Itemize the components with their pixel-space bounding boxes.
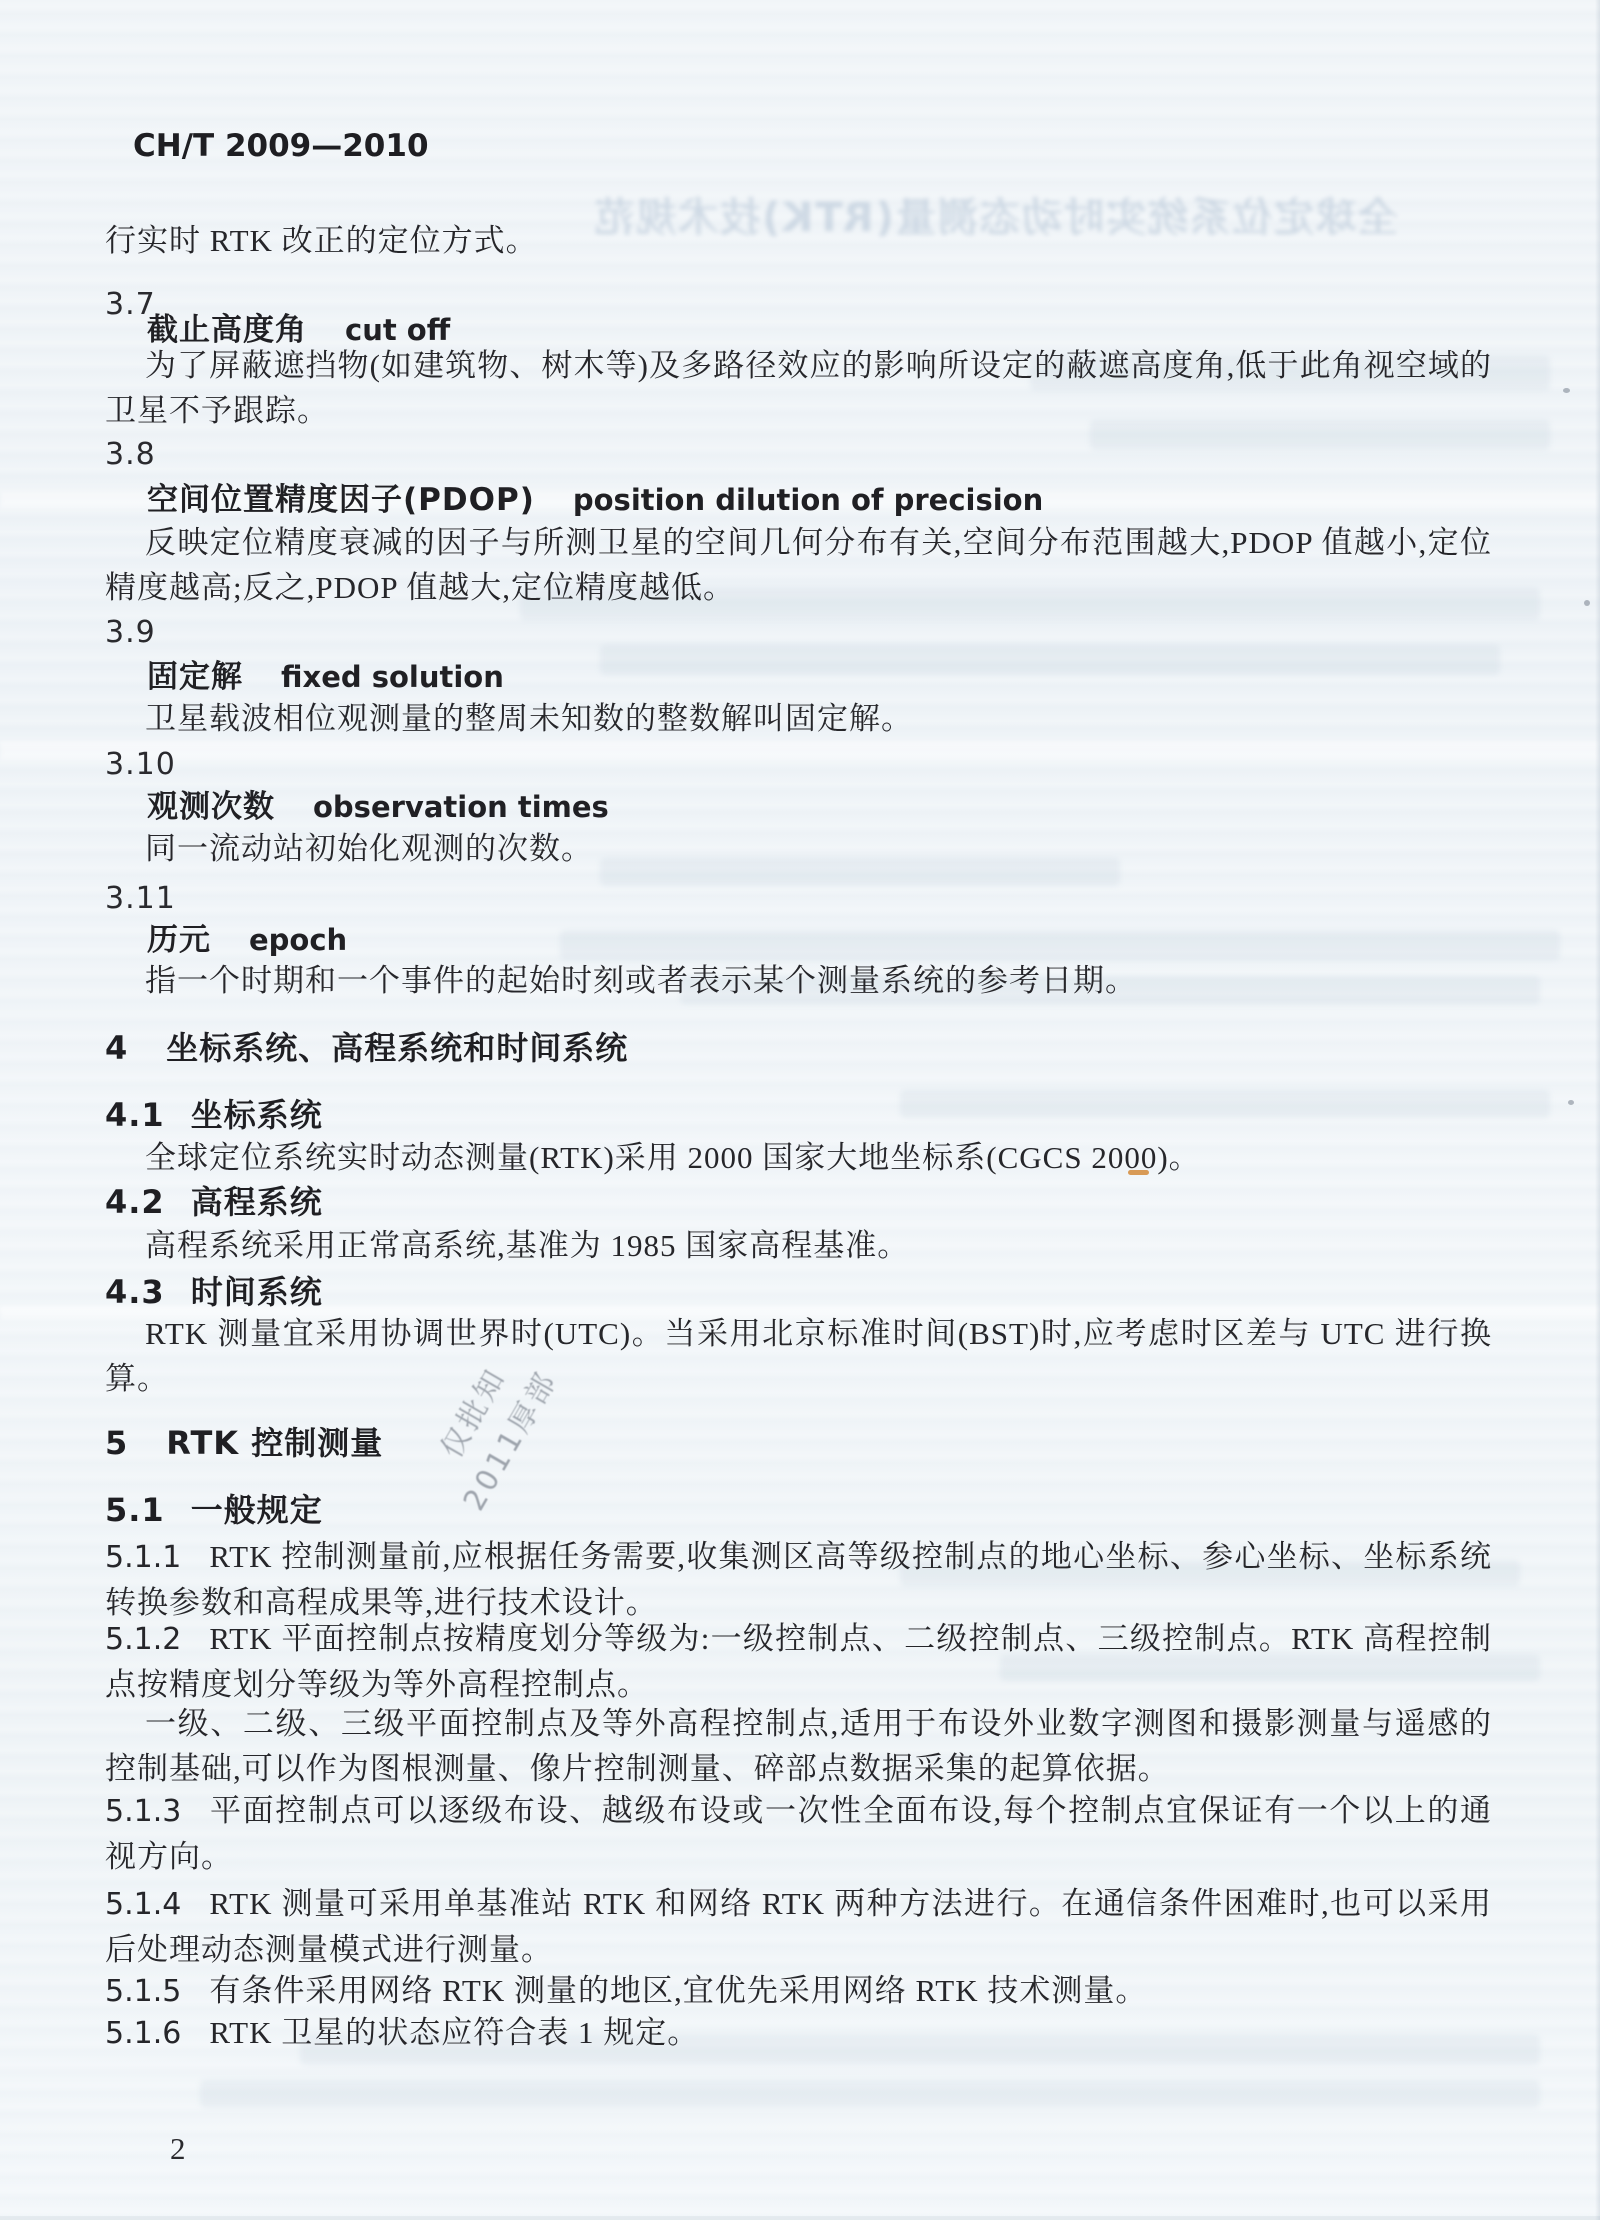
definition-paragraph: 卫星载波相位观测量的整周未知数的整数解叫固定解。 bbox=[105, 696, 1492, 741]
chapter-title: RTK 控制测量 bbox=[166, 1424, 383, 1462]
clause-number: 5.1.6 bbox=[105, 2016, 181, 2051]
red-underline-mark bbox=[1128, 1170, 1149, 1175]
section-number: 4.1 bbox=[105, 1096, 165, 1134]
clause-paragraph: 5.1.2RTK 平面控制点按精度划分等级为:一级控制点、二级控制点、三级控制点… bbox=[105, 1616, 1492, 1707]
definition-paragraph: 反映定位精度衰减的因子与所测卫星的空间几何分布有关,空间分布范围越大,PDOP … bbox=[105, 520, 1492, 610]
body-paragraph: 一级、二级、三级平面控制点及等外高程控制点,适用于布设外业数字测图和摄影测量与遥… bbox=[105, 1701, 1492, 1791]
section-number: 4.3 bbox=[105, 1273, 165, 1311]
scan-speck bbox=[1568, 1100, 1574, 1105]
section-number: 5.1 bbox=[105, 1491, 165, 1529]
clause-text: RTK 测量可采用单基准站 RTK 和网络 RTK 两种方法进行。在通信条件困难… bbox=[105, 1886, 1492, 1967]
section-title: 一般规定 bbox=[191, 1491, 323, 1529]
term-line: 固定解fixed solution bbox=[105, 655, 1534, 700]
clause-number: 5.1.3 bbox=[105, 1794, 181, 1829]
clause-number: 3.8 bbox=[105, 432, 1492, 477]
clause-text: 平面控制点可以逐级布设、越级布设或一次性全面布设,每个控制点宜保证有一个以上的通… bbox=[105, 1793, 1492, 1874]
clause-number: 5.1.5 bbox=[105, 1974, 181, 2009]
section-heading: 4.1坐标系统 bbox=[105, 1093, 1492, 1138]
clause-text: RTK 卫星的状态应符合表 1 规定。 bbox=[209, 2015, 699, 2050]
term-line: 观测次数observation times bbox=[105, 785, 1534, 830]
scan-speck bbox=[1563, 388, 1570, 393]
term-en: position dilution of precision bbox=[573, 483, 1043, 517]
scan-edge bbox=[1595, 0, 1600, 2220]
term-en: observation times bbox=[313, 790, 609, 824]
clause-paragraph: 5.1.3平面控制点可以逐级布设、越级布设或一次性全面布设,每个控制点宜保证有一… bbox=[105, 1788, 1492, 1879]
term-cn: 空间位置精度因子(PDOP) bbox=[147, 482, 535, 518]
term-cn: 固定解 bbox=[147, 659, 243, 695]
chapter-number: 5 bbox=[105, 1424, 128, 1462]
chapter-heading: 5RTK 控制测量 bbox=[105, 1421, 1492, 1466]
body-paragraph: RTK 测量宜采用协调世界时(UTC)。当采用北京标准时间(BST)时,应考虑时… bbox=[105, 1311, 1492, 1401]
section-number: 4.2 bbox=[105, 1183, 165, 1221]
bleedthrough-line bbox=[200, 2080, 1540, 2108]
clause-number: 3.11 bbox=[105, 876, 1492, 921]
body-paragraph: 全球定位系统实时动态测量(RTK)采用 2000 国家大地坐标系(CGCS 20… bbox=[105, 1135, 1492, 1180]
definition-paragraph: 为了屏蔽遮挡物(如建筑物、树木等)及多路径效应的影响所设定的蔽遮高度角,低于此角… bbox=[105, 343, 1492, 433]
page-number: 2 bbox=[170, 2131, 186, 2167]
clause-number: 5.1.4 bbox=[105, 1887, 181, 1922]
clause-paragraph: 5.1.6RTK 卫星的状态应符合表 1 规定。 bbox=[105, 2010, 1492, 2056]
scanned-document-page: 全球定位系统实时动态测量(RTK)技术规范 CH/T 2009—2010 行实时… bbox=[0, 0, 1600, 2220]
term-en: cut off bbox=[345, 313, 450, 347]
term-line: 空间位置精度因子(PDOP)position dilution of preci… bbox=[105, 478, 1534, 523]
clause-text: RTK 控制测量前,应根据任务需要,收集测区高等级控制点的地心坐标、参心坐标、坐… bbox=[105, 1539, 1492, 1620]
chapter-title: 坐标系统、高程系统和时间系统 bbox=[166, 1029, 628, 1067]
chapter-number: 4 bbox=[105, 1029, 128, 1067]
clause-number: 3.9 bbox=[105, 610, 1492, 655]
term-en: epoch bbox=[249, 923, 347, 957]
clause-text: 有条件采用网络 RTK 测量的地区,宜优先采用网络 RTK 技术测量。 bbox=[209, 1973, 1147, 2008]
chapter-heading: 4坐标系统、高程系统和时间系统 bbox=[105, 1026, 1492, 1071]
term-cn: 观测次数 bbox=[147, 789, 275, 825]
scan-speck bbox=[1584, 600, 1590, 606]
section-title: 坐标系统 bbox=[191, 1096, 323, 1134]
section-title: 高程系统 bbox=[191, 1183, 323, 1221]
clause-number: 5.1.2 bbox=[105, 1622, 181, 1657]
section-title: 时间系统 bbox=[191, 1273, 323, 1311]
clause-number: 5.1.1 bbox=[105, 1540, 181, 1575]
term-en: fixed solution bbox=[281, 660, 504, 694]
document-header: CH/T 2009—2010 bbox=[133, 128, 429, 164]
scan-edge bbox=[0, 2216, 1600, 2220]
definition-paragraph: 指一个时期和一个事件的起始时刻或者表示某个测量系统的参考日期。 bbox=[105, 958, 1492, 1003]
clause-text: RTK 平面控制点按精度划分等级为:一级控制点、二级控制点、三级控制点。RTK … bbox=[105, 1621, 1492, 1702]
section-heading: 4.3时间系统 bbox=[105, 1270, 1492, 1315]
definition-paragraph: 同一流动站初始化观测的次数。 bbox=[105, 826, 1492, 871]
clause-paragraph: 5.1.1RTK 控制测量前,应根据任务需要,收集测区高等级控制点的地心坐标、参… bbox=[105, 1534, 1492, 1625]
clause-number: 3.10 bbox=[105, 742, 1492, 787]
term-line: 历元epoch bbox=[105, 918, 1534, 963]
section-heading: 5.1一般规定 bbox=[105, 1488, 1492, 1533]
clause-paragraph: 5.1.4RTK 测量可采用单基准站 RTK 和网络 RTK 两种方法进行。在通… bbox=[105, 1881, 1492, 1972]
clause-paragraph: 5.1.5有条件采用网络 RTK 测量的地区,宜优先采用网络 RTK 技术测量。 bbox=[105, 1968, 1492, 2014]
term-cn: 历元 bbox=[147, 922, 211, 958]
body-paragraph: 高程系统采用正常高系统,基准为 1985 国家高程基准。 bbox=[105, 1223, 1492, 1268]
section-heading: 4.2高程系统 bbox=[105, 1180, 1492, 1225]
lead-line: 行实时 RTK 改正的定位方式。 bbox=[105, 218, 1492, 263]
